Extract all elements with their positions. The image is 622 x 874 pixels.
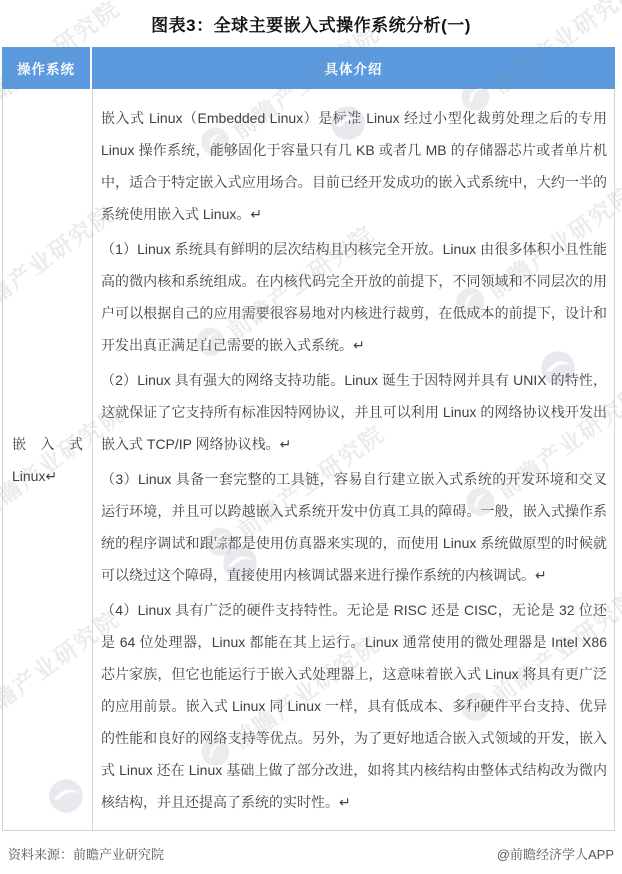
detail-paragraph: （2）Linux 具有强大的网络支持功能。Linux 诞生于因特网并具有 UNI…: [101, 364, 607, 460]
source-note: 资料来源：前瞻产业研究院: [8, 844, 164, 863]
figure-title: 图表3：全球主要嵌入式操作系统分析(一): [0, 11, 622, 36]
column-header-detail: 具体介绍: [92, 47, 615, 89]
detail-paragraph: （4）Linux 具有广泛的硬件支持特性。无论是 RISC 还是 CISC，无论…: [101, 594, 607, 818]
figure-page: 图表3：全球主要嵌入式操作系统分析(一) 操作系统 具体介绍 嵌 入 式 Lin…: [0, 0, 622, 874]
detail-paragraph: （3）Linux 具备一套完整的工具链，容易自行建立嵌入式系统的开发环境和交叉运…: [101, 463, 607, 591]
table-row: 嵌 入 式 Linux↵ 嵌入式 Linux（Embedded Linux）是标…: [2, 89, 615, 831]
os-analysis-table: 操作系统 具体介绍 嵌 入 式 Linux↵ 嵌入式 Linux（Embedde…: [2, 47, 615, 831]
column-header-os: 操作系统: [2, 47, 92, 89]
app-credit: @前瞻经济学人APP: [497, 844, 614, 863]
os-detail-cell: 嵌入式 Linux（Embedded Linux）是标准 Linux 经过小型化…: [93, 89, 614, 830]
detail-paragraph: 嵌入式 Linux（Embedded Linux）是标准 Linux 经过小型化…: [101, 102, 607, 230]
os-name-line1: 嵌 入 式: [12, 428, 83, 460]
figure-footer: 资料来源：前瞻产业研究院 @前瞻经济学人APP: [8, 844, 614, 863]
os-name-cell: 嵌 入 式 Linux↵: [3, 89, 93, 830]
os-name-line2: Linux↵: [12, 460, 83, 492]
table-header-row: 操作系统 具体介绍: [2, 47, 615, 89]
detail-paragraph: （1）Linux 系统具有鲜明的层次结构且内核完全开放。Linux 由很多体积小…: [101, 233, 607, 361]
